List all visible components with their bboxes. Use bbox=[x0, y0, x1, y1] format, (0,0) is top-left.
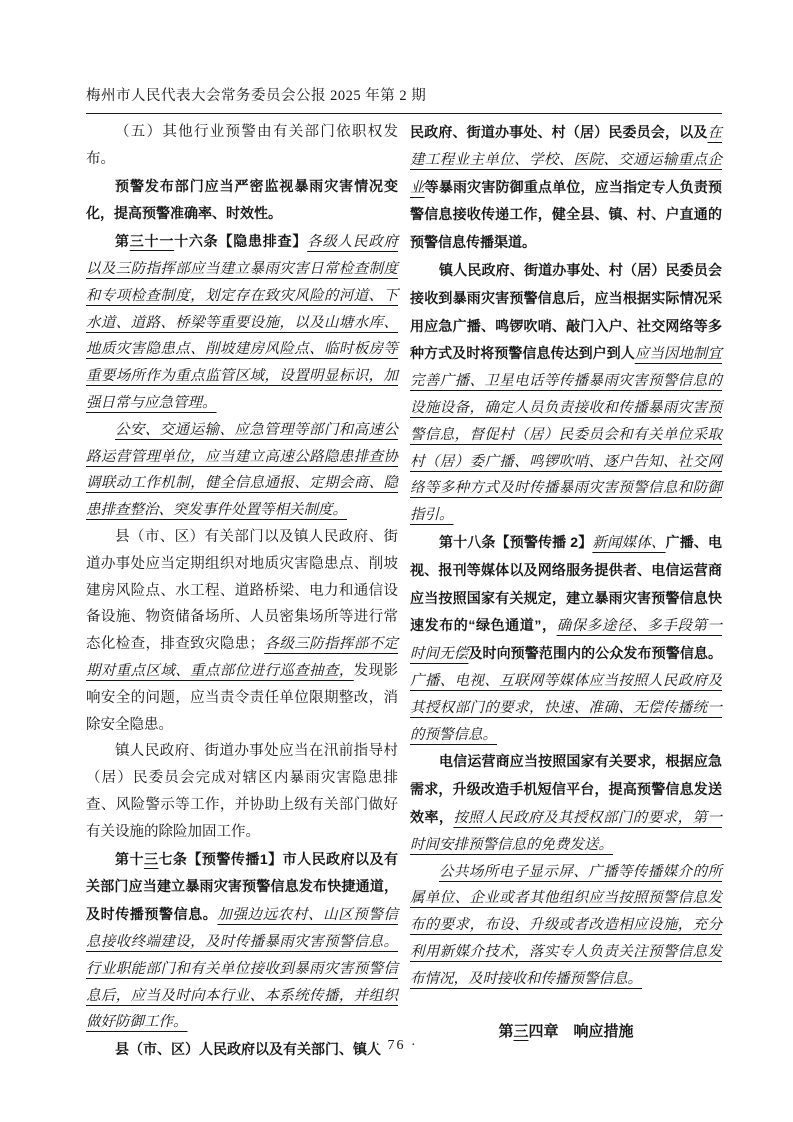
text-run-bold: 及时向预警范围内的公众发布预警信息。 bbox=[468, 645, 722, 661]
text-run-bold: 第 bbox=[115, 233, 130, 249]
text-run-bold: 民政府、街道办事处、村（居）民委员会，以及 bbox=[410, 124, 708, 140]
para-article-16-hidden-danger: 第三十一十六条【隐患排查】各级人民政府以及三防指挥部应当建立暴雨灾害日常检查制度… bbox=[86, 228, 398, 417]
text-run-normal: （五）其他行业预警由有关部门依职权发布。 bbox=[86, 124, 398, 167]
text-run-boldu: 三 bbox=[144, 851, 158, 867]
text-run-normal: 镇人民政府、街道办事处应当在汛前指导村（居）民委员会完成对辖区内暴雨灾害隐患排查… bbox=[86, 743, 398, 839]
text-run-bold: 十六条【隐患排查】 bbox=[174, 233, 307, 249]
text-run-ins: 公安、交通运输、应急管理等部门和高速公路运营管理单位，应当建立高速公路隐患排查协… bbox=[86, 422, 398, 518]
para-county-gov-continued: 民政府、街道办事处、村（居）民委员会，以及在建工程业主单位、学校、医院、交通运输… bbox=[410, 119, 722, 257]
text-run-normal: 县（市、区）有关部门以及镇人民政府、街道办事处应当定期组织对地质灾害隐患点、削坡… bbox=[86, 529, 398, 652]
text-run-ins: 按照人民政府及其授权部门的要求，第一时间安排预警信息的免费发送。 bbox=[410, 810, 722, 853]
text-run-ins: 应当因地制宜完善广播、卫星电话等传播暴雨灾害预警信息的设施设备，确定人员负责接收… bbox=[410, 346, 722, 523]
para-town-gov-receive-warning: 镇人民政府、街道办事处、村（居）民委员会接收到暴雨灾害预警信息后，应当根据实际情… bbox=[410, 257, 722, 529]
text-run-ins: 广播、电视、互联网等媒体应当按照人民政府及其授权部门的要求，快速、准确、无偿传播… bbox=[410, 673, 722, 743]
text-run-bold: 第十 bbox=[115, 851, 144, 867]
para-public-display-screens: 公共场所电子显示屏、广播等传播媒介的所属单位、企业或者其他组织应当按照预警信息发… bbox=[410, 859, 722, 993]
gazette-page: 梅州市人民代表大会常务委员会公报 2025 年第 2 期 （五）其他行业预警由有… bbox=[0, 0, 793, 1122]
para-telecom-operator: 电信运营商应当按照国家有关要求，根据应急需求，升级改造手机短信平台，提高预警信息… bbox=[410, 748, 722, 858]
text-run-ins: 新闻媒体、 bbox=[592, 535, 665, 551]
para-highway-coordination: 公安、交通运输、应急管理等部门和高速公路运营管理单位，应当建立高速公路隐患排查协… bbox=[86, 417, 398, 524]
para-article-17-warning-spread-1: 第十三七条【预警传播1】市人民政府以及有关部门应当建立暴雨灾害预警信息发布快捷通… bbox=[86, 846, 398, 1037]
para-warning-release: 预警发布部门应当严密监视暴雨灾害情况变化，提高预警准确率、时效性。 bbox=[86, 173, 398, 229]
para-article-18-warning-spread-2: 第十八条【预警传播 2】新闻媒体、广播、电视、报刊等媒体以及网络服务提供者、电信… bbox=[410, 529, 722, 748]
para-regular-inspection: 县（市、区）有关部门以及镇人民政府、街道办事处应当定期组织对地质灾害隐患点、削坡… bbox=[86, 524, 398, 738]
para-list-item-5: （五）其他行业预警由有关部门依职权发布。 bbox=[86, 119, 398, 173]
text-run-bold: 第十八条【预警传播 2】 bbox=[439, 534, 592, 550]
text-run-ins: 各级人民政府以及三防指挥部应当建立暴雨灾害日常检查制度和专项检查制度，划定存在致… bbox=[86, 234, 398, 411]
para-pre-flood-guidance: 镇人民政府、街道办事处应当在汛前指导村（居）民委员会完成对辖区内暴雨灾害隐患排查… bbox=[86, 738, 398, 845]
text-run-boldu: 三十一 bbox=[130, 233, 174, 249]
page-number: · 76 · bbox=[0, 1038, 793, 1054]
text-run-bold: 七条【预警传播1】 bbox=[158, 851, 282, 867]
text-run-bold: 等暴雨灾害防御重点单位，应当指定专人负责预警信息接收传递工作，健全县、镇、村、户… bbox=[410, 179, 722, 251]
text-run-bold: 预警发布部门应当严密监视暴雨灾害情况变化，提高预警准确率、时效性。 bbox=[86, 178, 398, 222]
column-left: （五）其他行业预警由有关部门依职权发布。预警发布部门应当严密监视暴雨灾害情况变化… bbox=[86, 119, 398, 1064]
column-right: 民政府、街道办事处、村（居）民委员会，以及在建工程业主单位、学校、医院、交通运输… bbox=[410, 119, 722, 1064]
text-run-ins: 公共场所电子显示屏、广播等传播媒介的所属单位、企业或者其他组织应当按照预警信息发… bbox=[410, 864, 722, 987]
page-header-title: 梅州市人民代表大会常务委员会公报 2025 年第 2 期 bbox=[86, 86, 722, 114]
text-run-ins: 加强边远农村、山区预警信息接收终端建设，及时传播暴雨灾害预警信息。行业职能部门和… bbox=[86, 907, 398, 1030]
two-column-content: （五）其他行业预警由有关部门依职权发布。预警发布部门应当严密监视暴雨灾害情况变化… bbox=[86, 119, 722, 1064]
